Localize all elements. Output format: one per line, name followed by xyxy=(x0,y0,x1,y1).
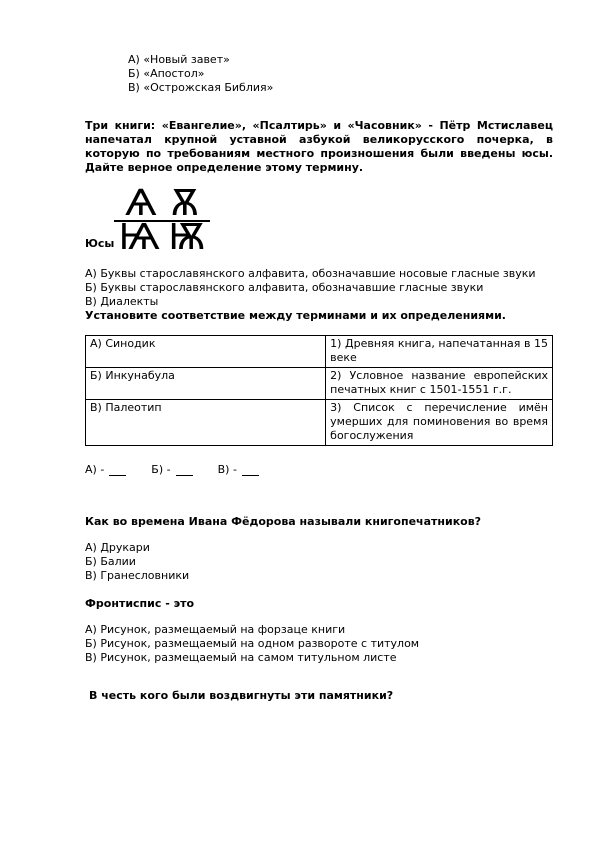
yus-iotated-little-glyph: Ѩ xyxy=(119,223,161,252)
printers-question-options: А) Друкари Б) Балии В) Гранесловники xyxy=(85,541,553,583)
yus-little-glyph: Ѧ xyxy=(125,189,157,218)
definition-cell: 1) Древняя книга, напечатанная в 15 веке xyxy=(326,336,553,368)
frontispiece-heading: Фронтиспис - это xyxy=(85,597,553,611)
option-a: А) Рисунок, размещаемый на форзаце книги xyxy=(85,623,553,637)
answer-slot-b: Б) - xyxy=(151,463,192,477)
answer-label: В) - xyxy=(218,463,237,477)
option-b: Б) Рисунок, размещаемый на одном разворо… xyxy=(85,637,553,651)
answer-slot-v: В) - xyxy=(218,463,259,477)
option-a: А) Буквы старославянского алфавита, обоз… xyxy=(85,267,553,281)
option-a: А) Друкари xyxy=(85,541,553,555)
matching-task-heading: Установите соответствие между терминами … xyxy=(85,309,553,323)
prev-question-options: А) «Новый завет» Б) «Апостол» В) «Острож… xyxy=(128,53,553,95)
yus-top-row: Ѧ Ѫ xyxy=(125,189,199,218)
option-v: В) Рисунок, размещаемый на самом титульн… xyxy=(85,651,553,665)
answer-blank xyxy=(176,471,193,476)
option-v: В) Диалекты xyxy=(85,295,553,309)
frontispiece-options: А) Рисунок, размещаемый на форзаце книги… xyxy=(85,623,553,665)
option-b: Б) «Апостол» xyxy=(128,67,553,81)
term-cell: Б) Инкунабула xyxy=(86,368,326,400)
table-row: Б) Инкунабула 2) Условное название европ… xyxy=(86,368,553,400)
answer-slot-a: А) - xyxy=(85,463,126,477)
term-cell: А) Синодик xyxy=(86,336,326,368)
worksheet-page: А) «Новый завет» Б) «Апостол» В) «Острож… xyxy=(0,0,595,842)
monuments-question-heading: В честь кого были воздвигнуты эти памятн… xyxy=(85,689,553,703)
option-b: Б) Буквы старославянского алфавита, обоз… xyxy=(85,281,553,295)
option-b: Б) Балии xyxy=(85,555,553,569)
yus-letters-image: Ѧ Ѫ Ѩ Ѭ xyxy=(112,189,212,252)
option-v: В) Гранесловники xyxy=(85,569,553,583)
yus-bottom-row: Ѩ Ѭ xyxy=(119,223,206,252)
matching-table: А) Синодик 1) Древняя книга, напечатанна… xyxy=(85,335,553,446)
yus-iotated-big-glyph: Ѭ xyxy=(168,223,205,252)
answer-line: А) - Б) - В) - xyxy=(85,463,553,477)
yus-big-glyph: Ѫ xyxy=(171,189,199,218)
option-a: А) «Новый завет» xyxy=(128,53,553,67)
answer-label: Б) - xyxy=(151,463,170,477)
answer-blank xyxy=(109,471,126,476)
yus-task-options: А) Буквы старославянского алфавита, обоз… xyxy=(85,267,553,323)
answer-label: А) - xyxy=(85,463,104,477)
yus-figure: Ѧ Ѫ Ѩ Ѭ Юсы xyxy=(85,189,553,255)
option-v: В) «Острожская Библия» xyxy=(128,81,553,95)
figure-caption: Юсы xyxy=(85,237,114,251)
term-cell: В) Палеотип xyxy=(86,400,326,446)
definition-cell: 3) Список с перечисление имён умерших дл… xyxy=(326,400,553,446)
printers-question-heading: Как во времена Ивана Фёдорова называли к… xyxy=(85,515,553,529)
yus-task-paragraph: Три книги: «Евангелие», «Псалтирь» и «Ча… xyxy=(85,119,553,175)
table-row: В) Палеотип 3) Список с перечисление имё… xyxy=(86,400,553,446)
definition-cell: 2) Условное название европейских печатны… xyxy=(326,368,553,400)
answer-blank xyxy=(242,471,259,476)
table-row: А) Синодик 1) Древняя книга, напечатанна… xyxy=(86,336,553,368)
